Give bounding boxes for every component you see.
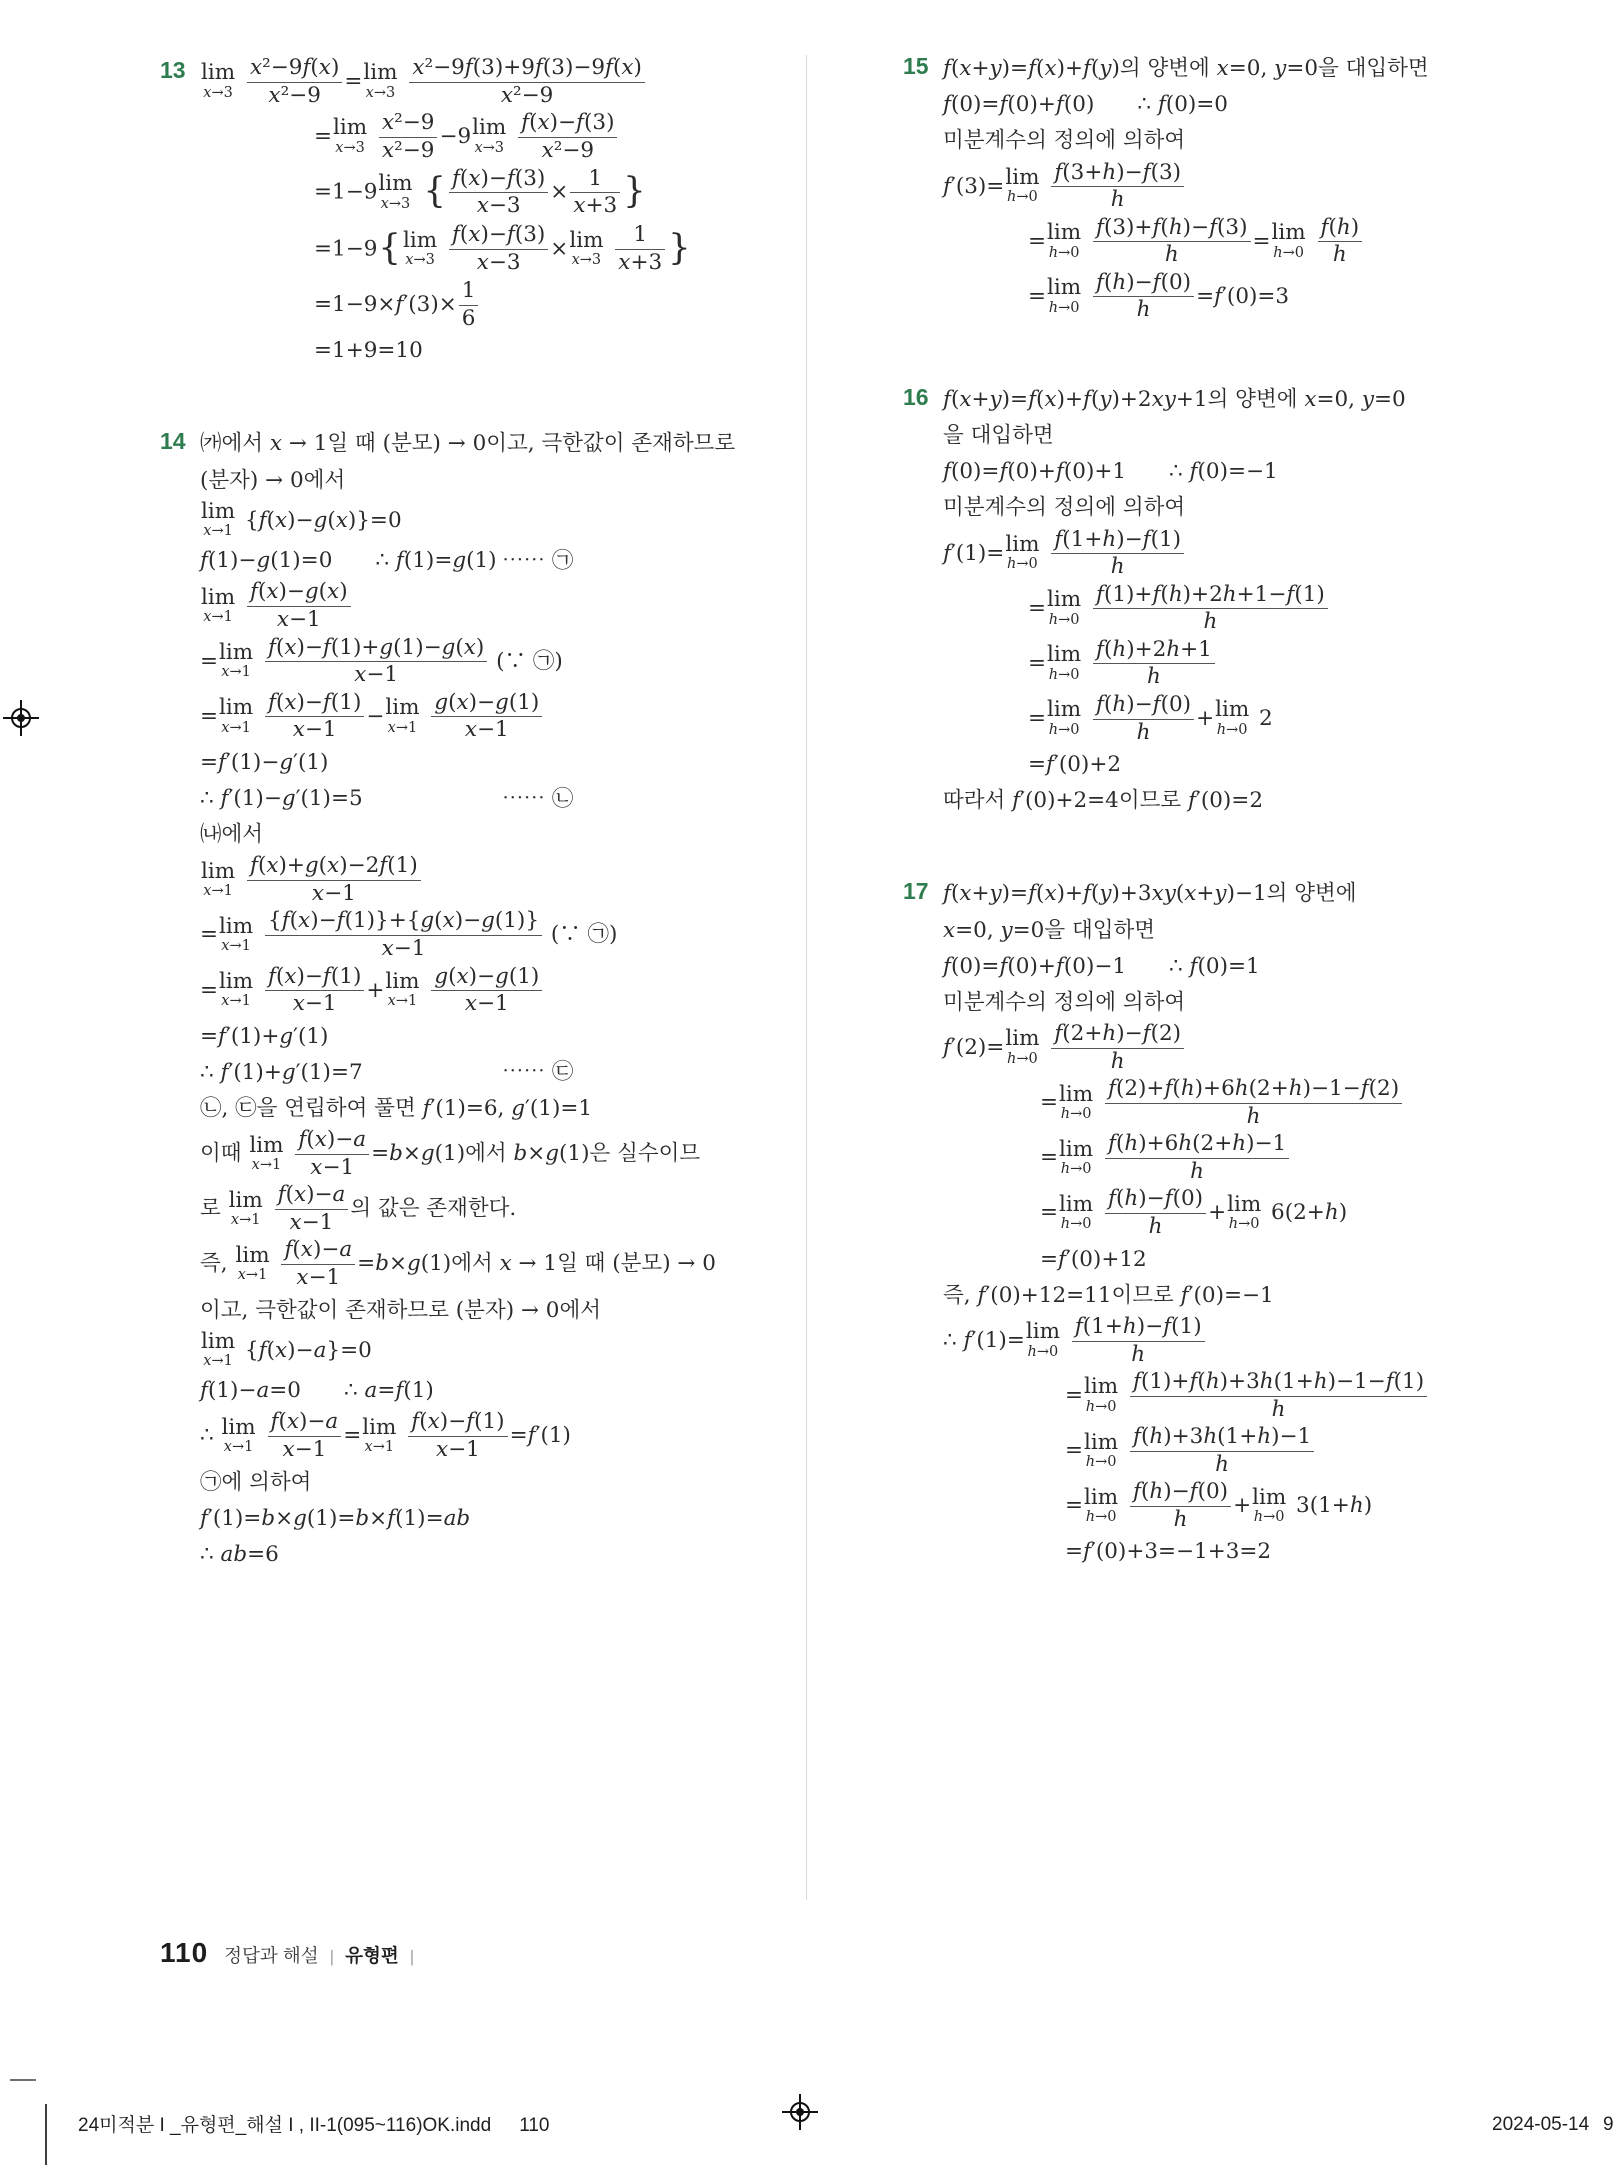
crosshair-icon [782,2094,818,2130]
math-line: x=0, y=0을 대입하면 [943,915,1593,946]
fraction: f(h)−f(0)h [1105,1188,1206,1238]
fraction: f(x)−f(1)x−1 [265,966,364,1016]
limit-operator: limh→0 [1252,1487,1286,1527]
column-left: 13limx→3 x²−9f(x)x²−9=limx→3 x²−9f(3)+9f… [160,52,808,1627]
problem-content: f(x+y)=f(x)+f(y)+2xy+1의 양변에 x=0, y=0을 대입… [943,379,1593,822]
fraction: f(h)+2h+1h [1093,639,1215,689]
fraction: f(h)−f(0)h [1093,694,1194,744]
math-line: limx→1 f(x)+g(x)−2f(1)x−1 [200,855,808,905]
fraction: f(h)h [1318,217,1363,267]
math-line: =limh→0 f(h)+3h(1+h)−1h [1065,1426,1593,1476]
fraction: f(1+h)−f(1)h [1072,1316,1205,1366]
fraction: f(x)−ax−1 [295,1129,369,1179]
math-line: =1+9=10 [314,335,808,366]
math-line: f′(1)=b×g(1)=b×f(1)=ab [200,1503,808,1534]
math-line: ∴ f′(1)−g′(1)=5⋯⋯ ㉡ [200,783,808,814]
fraction: f(x)−ax−1 [268,1411,342,1461]
big-brace-left: { [423,170,446,211]
big-brace-right: } [623,170,646,211]
math-line: 즉, limx→1 f(x)−ax−1=b×g(1)에서 x → 1일 때 (분… [200,1239,808,1289]
limit-operator: limh→0 [1084,1487,1118,1527]
limit-operator: limx→1 [201,1331,235,1371]
math-line: =limh→0 f(h)−f(0)h+limh→0 3(1+h) [1065,1481,1593,1531]
math-line: =limh→0 f(2)+f(h)+6h(2+h)−1−f(2)h [1040,1078,1593,1128]
fraction: x²−9x²−9 [379,112,437,162]
print-time-partial: 9 [1603,2114,1614,2136]
math-line: f(x+y)=f(x)+f(y)+2xy+1의 양변에 x=0, y=0 [943,384,1593,415]
limit-operator: limx→1 [219,916,253,956]
problem-number: 14 [160,423,200,1575]
math-line: =limh→0 f(h)+2h+1h [1028,639,1593,689]
reference-tail: ⋯⋯ ㉡ [502,783,573,814]
footer-section: 유형편 [345,1942,399,1968]
limit-operator: limx→3 [363,62,397,102]
fraction: f(x)−f(1)x−1 [408,1411,507,1461]
limit-operator: limx→1 [235,1245,269,1285]
math-line: =f′(0)+12 [1040,1244,1593,1275]
math-line: limx→1 {f(x)−g(x)}=0 [200,501,808,541]
limit-operator: limx→1 [201,501,235,541]
math-line: 미분계수의 정의에 의하여 [943,987,1593,1018]
problem-number: 16 [903,379,943,822]
footer-separator-2: | [410,1947,414,1967]
math-line: =limh→0 f(h)−f(0)h=f′(0)=3 [1028,272,1593,322]
fraction: f(h)−f(0)h [1093,272,1194,322]
math-line: f(0)=f(0)+f(0)+1 ∴ f(0)=−1 [943,456,1593,487]
fraction: x²−9f(3)+9f(3)−9f(x)x²−9 [409,57,645,107]
fraction: f(h)−f(0)h [1130,1481,1231,1531]
limit-operator: limh→0 [1005,534,1039,574]
limit-operator: limx→1 [362,1417,396,1457]
math-line: =f′(0)+2 [1028,749,1593,780]
column-right: 15f(x+y)=f(x)+f(y)의 양변에 x=0, y=0을 대입하면f(… [903,48,1593,1625]
limit-operator: limh→0 [1059,1084,1093,1124]
limit-operator: limx→3 [201,62,235,102]
fraction: f(x)−f(1)x−1 [265,692,364,742]
limit-operator: limx→1 [229,1190,263,1230]
fraction: f(2)+f(h)+6h(2+h)−1−f(2)h [1105,1078,1402,1128]
limit-operator: limx→3 [333,117,367,157]
limit-operator: limh→0 [1047,222,1081,262]
limit-operator: limh→0 [1059,1194,1093,1234]
limit-operator: limh→0 [1047,277,1081,317]
math-line: ㈎에서 x → 1일 때 (분모) → 0이고, 극한값이 존재하므로 [200,428,808,459]
math-line: f(x+y)=f(x)+f(y)+3xy(x+y)−1의 양변에 [943,878,1593,909]
fraction: x²−9f(x)x²−9 [247,57,342,107]
fraction: 1x+3 [570,168,620,218]
math-line: limx→1 f(x)−g(x)x−1 [200,581,808,631]
solutions-page: 13limx→3 x²−9f(x)x²−9=limx→3 x²−9f(3)+9f… [0,0,1614,2165]
math-line: f(0)=f(0)+f(0)−1 ∴ f(0)=1 [943,951,1593,982]
limit-operator: limh→0 [1047,644,1081,684]
limit-operator: limh→0 [1005,167,1039,207]
limit-operator: limh→0 [1047,699,1081,739]
problem-block: 17f(x+y)=f(x)+f(y)+3xy(x+y)−1의 양변에x=0, y… [903,873,1593,1572]
math-line: =limx→1 f(x)−f(1)+g(1)−g(x)x−1 (∵ ㉠) [200,637,808,687]
math-line: =1−9limx→3 {f(x)−f(3)x−3×1x+3} [314,167,808,218]
math-line: =limh→0 f(h)−f(0)h+limh→0 6(2+h) [1040,1188,1593,1238]
math-line: =f′(1)+g′(1) [200,1021,808,1052]
problem-number: 17 [903,873,943,1572]
reference-tail: ⋯⋯ ㉢ [502,1057,573,1088]
margin-dash [10,2079,36,2081]
limit-operator: limx→3 [472,117,506,157]
limit-operator: limx→3 [569,230,603,270]
math-line: f(1)−g(1)=0 ∴ f(1)=g(1)⋯⋯ ㉠ [200,545,808,576]
limit-operator: limh→0 [1084,1376,1118,1416]
math-line: =limx→1 f(x)−f(1)x−1+limx→1 g(x)−g(1)x−1 [200,966,808,1016]
math-line: =limh→0 f(3)+f(h)−f(3)h=limh→0 f(h)h [1028,217,1593,267]
math-line: 이고, 극한값이 존재하므로 (분자) → 0에서 [200,1295,808,1326]
limit-operator: limh→0 [1005,1028,1039,1068]
fraction: f(x)−f(3)x−3 [449,168,548,218]
math-line: ∴ ab=6 [200,1539,808,1570]
math-line: ∴ limx→1 f(x)−ax−1=limx→1 f(x)−f(1)x−1=f… [200,1411,808,1461]
fraction: f(x)−f(1)+g(1)−g(x)x−1 [265,637,487,687]
fraction: f(2+h)−f(2)h [1051,1023,1184,1073]
big-brace-right: } [668,227,691,268]
limit-operator: limh→0 [1084,1432,1118,1472]
math-line: 따라서 f′(0)+2=4이므로 f′(0)=2 [943,785,1593,816]
math-line: (분자) → 0에서 [200,465,808,496]
math-line: 미분계수의 정의에 의하여 [943,492,1593,523]
math-line: f(x+y)=f(x)+f(y)의 양변에 x=0, y=0을 대입하면 [943,53,1593,84]
math-line: =limx→1 {f(x)−f(1)}+{g(x)−g(1)}x−1 (∵ ㉠) [200,910,808,960]
limit-operator: limx→1 [219,642,253,682]
reference-tail: ⋯⋯ ㉠ [502,545,573,576]
page-footer: 110 정답과 해설 | 유형편 | [160,1937,414,1969]
math-line: =limx→3 x²−9x²−9−9limx→3 f(x)−f(3)x²−9 [314,112,808,162]
problem-block: 13limx→3 x²−9f(x)x²−9=limx→3 x²−9f(3)+9f… [160,52,808,371]
math-line: ㉡, ㉢을 연립하여 풀면 f′(1)=6, g′(1)=1 [200,1093,808,1124]
fraction: f(x)−f(3)x²−9 [518,112,617,162]
math-line: =limx→1 f(x)−f(1)x−1−limx→1 g(x)−g(1)x−1 [200,692,808,742]
fraction: f(3)+f(h)−f(3)h [1093,217,1251,267]
limit-operator: limh→0 [1215,699,1249,739]
problem-number: 13 [160,52,200,371]
footer-separator: | [330,1947,334,1967]
fraction: f(1)+f(h)+3h(1+h)−1−f(1)h [1130,1371,1427,1421]
math-line: 을 대입하면 [943,420,1593,451]
problem-content: ㈎에서 x → 1일 때 (분모) → 0이고, 극한값이 존재하므로(분자) … [200,423,808,1575]
math-line: 즉, f′(0)+12=11이므로 f′(0)=−1 [943,1280,1593,1311]
limit-operator: limx→3 [378,173,412,213]
problem-content: f(x+y)=f(x)+f(y)+3xy(x+y)−1의 양변에x=0, y=0… [943,873,1593,1572]
fraction: g(x)−g(1)x−1 [431,966,542,1016]
math-line: =limh→0 f(h)−f(0)h+limh→0 2 [1028,694,1593,744]
problem-content: limx→3 x²−9f(x)x²−9=limx→3 x²−9f(3)+9f(3… [200,52,808,371]
fraction: f(h)+3h(1+h)−1h [1130,1426,1314,1476]
page-number: 110 [160,1937,208,1969]
math-line: =limh→0 f(1)+f(h)+3h(1+h)−1−f(1)h [1065,1371,1593,1421]
math-line: ㉠에 의하여 [200,1467,808,1498]
limit-operator: limh→0 [1059,1139,1093,1179]
fraction: f(x)−ax−1 [275,1184,349,1234]
fraction: {f(x)−f(1)}+{g(x)−g(1)}x−1 [265,910,542,960]
print-filename-line: 24미적분 I _유형편_해설 I , II-1(095~116)OK.indd… [78,2110,549,2137]
math-line: 이때 limx→1 f(x)−ax−1=b×g(1)에서 b×g(1)은 실수이… [200,1129,808,1179]
margin-rule [45,2104,47,2165]
math-line: ∴ f′(1)+g′(1)=7⋯⋯ ㉢ [200,1057,808,1088]
limit-operator: limx→1 [222,1417,256,1457]
fraction: f(x)+g(x)−2f(1)x−1 [247,855,421,905]
problem-block: 15f(x+y)=f(x)+f(y)의 양변에 x=0, y=0을 대입하면f(… [903,48,1593,327]
math-line: ㈏에서 [200,819,808,850]
fraction: 1x+3 [615,224,665,274]
fraction: f(3+h)−f(3)h [1051,162,1184,212]
limit-operator: limx→1 [249,1135,283,1175]
math-line: =f′(1)−g′(1) [200,747,808,778]
limit-operator: limx→1 [219,971,253,1011]
math-line: f′(3)=limh→0 f(3+h)−f(3)h [943,162,1593,212]
problem-block: 16f(x+y)=f(x)+f(y)+2xy+1의 양변에 x=0, y=0을 … [903,379,1593,822]
fraction: g(x)−g(1)x−1 [431,692,542,742]
math-line: ∴ f′(1)=limh→0 f(1+h)−f(1)h [943,1316,1593,1366]
limit-operator: limx→1 [219,697,253,737]
fraction: f(x)−g(x)x−1 [247,581,351,631]
limit-operator: limx→3 [403,230,437,270]
math-line: 미분계수의 정의에 의하여 [943,125,1593,156]
math-line: =1−9{limx→3 f(x)−f(3)x−3×limx→3 1x+3} [314,224,808,275]
footer-label: 정답과 해설 | 유형편 | [224,1942,414,1968]
math-line: f(0)=f(0)+f(0) ∴ f(0)=0 [943,89,1593,120]
math-line: =f′(0)+3=−1+3=2 [1065,1536,1593,1567]
math-line: limx→1 {f(x)−a}=0 [200,1331,808,1371]
print-date: 2024-05-14 [1492,2114,1589,2136]
limit-operator: limh→0 [1272,222,1306,262]
limit-operator: limx→1 [201,587,235,627]
fraction: 16 [459,280,479,330]
math-line: 로 limx→1 f(x)−ax−1의 값은 존재한다. [200,1184,808,1234]
limit-operator: limh→0 [1047,589,1081,629]
limit-operator: limx→1 [385,971,419,1011]
problem-block: 14㈎에서 x → 1일 때 (분모) → 0이고, 극한값이 존재하므로(분자… [160,423,808,1575]
fraction: f(1)+f(h)+2h+1−f(1)h [1093,584,1328,634]
fraction: f(1+h)−f(1)h [1051,529,1184,579]
limit-operator: limx→1 [201,861,235,901]
crosshair-icon [3,700,39,736]
limit-operator: limh→0 [1227,1194,1261,1234]
print-filename: 24미적분 I _유형편_해설 I , II-1(095~116)OK.indd [78,2115,491,2136]
math-line: =limh→0 f(1)+f(h)+2h+1−f(1)h [1028,584,1593,634]
problem-content: f(x+y)=f(x)+f(y)의 양변에 x=0, y=0을 대입하면f(0)… [943,48,1593,327]
problem-number: 15 [903,48,943,327]
limit-operator: limh→0 [1026,1321,1060,1361]
math-line: limx→3 x²−9f(x)x²−9=limx→3 x²−9f(3)+9f(3… [200,57,808,107]
math-line: f(1)−a=0 ∴ a=f(1) [200,1375,808,1406]
big-brace-left: { [378,227,401,268]
fraction: f(x)−ax−1 [281,1239,355,1289]
fraction: f(h)+6h(2+h)−1h [1105,1133,1289,1183]
math-line: f′(2)=limh→0 f(2+h)−f(2)h [943,1023,1593,1073]
math-line: =limh→0 f(h)+6h(2+h)−1h [1040,1133,1593,1183]
math-line: =1−9×f′(3)×16 [314,280,808,330]
math-line: f′(1)=limh→0 f(1+h)−f(1)h [943,529,1593,579]
limit-operator: limx→1 [385,697,419,737]
footer-label-text: 정답과 해설 [224,1942,319,1968]
fraction: f(x)−f(3)x−3 [449,224,548,274]
print-page-number: 110 [519,2115,549,2136]
